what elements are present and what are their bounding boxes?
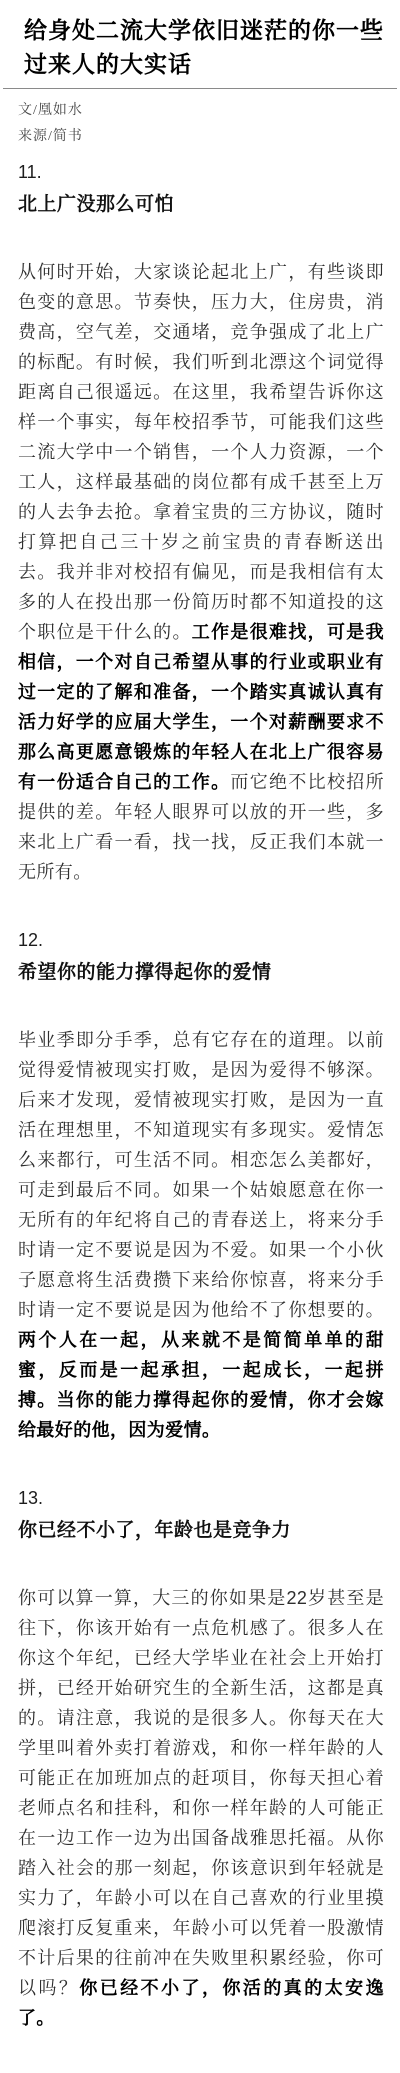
section-heading: 你已经不小了，年龄也是竞争力 <box>18 1519 384 1543</box>
section-heading: 希望你的能力撑得起你的爱情 <box>18 961 384 985</box>
section-number: 13. <box>18 1487 384 1509</box>
byline-source: 来源/简书 <box>18 129 384 145</box>
title-divider <box>3 88 397 89</box>
section-13: 13. 你已经不小了，年龄也是竞争力 你可以算一算，大三的你如果是22岁甚至是往… <box>18 1487 384 2033</box>
section-number: 11. <box>18 161 384 183</box>
paragraph-text: 毕业季即分手季，总有它存在的道理。以前觉得爱情被现实打败，是因为爱得不够深。后来… <box>18 1030 384 1320</box>
article-page: 给身处二流大学依旧迷茫的你一些过来人的大实话 文/凰如水 来源/简书 11. 北… <box>0 0 400 2073</box>
byline-author: 文/凰如水 <box>18 103 384 119</box>
section-paragraph: 毕业季即分手季，总有它存在的道理。以前觉得爱情被现实打败，是因为爱得不够深。后来… <box>18 1025 384 1445</box>
paragraph-text: 你可以算一算，大三的你如果是22岁甚至是往下，你该开始有一点危机感了。很多人在你… <box>18 1588 384 1998</box>
section-number: 12. <box>18 929 384 951</box>
section-11: 11. 北上广没那么可怕 从何时开始，大家谈论起北上广，有些谈即色变的意思。节奏… <box>18 161 384 887</box>
section-paragraph: 你可以算一算，大三的你如果是22岁甚至是往下，你该开始有一点危机感了。很多人在你… <box>18 1583 384 2033</box>
paragraph-text: 从何时开始，大家谈论起北上广，有些谈即色变的意思。节奏快，压力大，住房贵，消费高… <box>18 262 384 642</box>
section-heading: 北上广没那么可怕 <box>18 193 384 217</box>
paragraph-bold-text: 两个人在一起，从来就不是简简单单的甜蜜，反而是一起承担，一起成长，一起拼搏。当你… <box>18 1330 384 1440</box>
section-12: 12. 希望你的能力撑得起你的爱情 毕业季即分手季，总有它存在的道理。以前觉得爱… <box>18 929 384 1445</box>
section-paragraph: 从何时开始，大家谈论起北上广，有些谈即色变的意思。节奏快，压力大，住房贵，消费高… <box>18 257 384 887</box>
article-title: 给身处二流大学依旧迷茫的你一些过来人的大实话 <box>24 14 384 82</box>
paragraph-bold-text: 工作是很难找，可是我相信，一个对自己希望从事的行业或职业有过一定的了解和准备，一… <box>18 622 384 792</box>
